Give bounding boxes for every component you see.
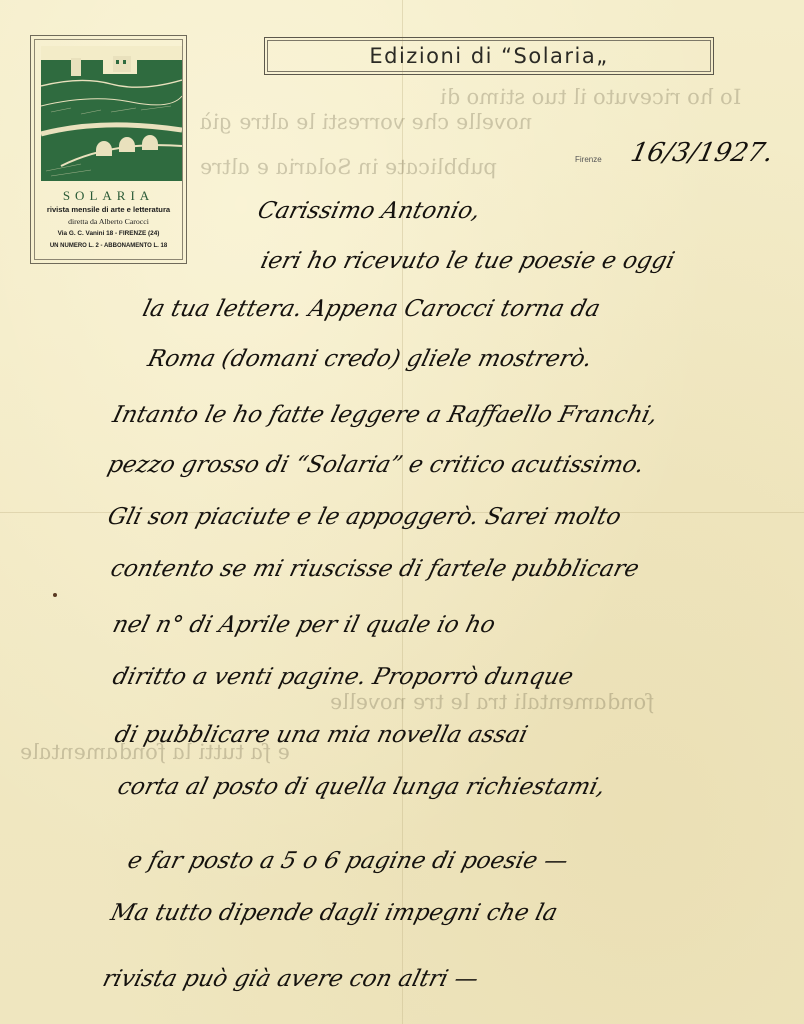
ink-spot [53, 593, 57, 597]
magazine-subtitle: rivista mensile di arte e letteratura [35, 205, 182, 214]
letter-line: Ma tutto dipende dagli impegni che la [108, 900, 560, 926]
letter-line: pezzo grosso di “Solaria” e critico acut… [105, 452, 647, 478]
letter-line: Roma (domani credo) gliele mostrerò. [145, 346, 595, 372]
letter-line: la tua lettera. Appena Carocci torna da [140, 296, 603, 322]
letter-line: ieri ho ricevuto le tue poesie e oggi [258, 248, 677, 274]
letter-line: di pubblicare una mia novella assai [112, 722, 530, 748]
letter-line: corta al posto di quella lunga richiesta… [115, 774, 608, 800]
letterhead-card: SOLARIA rivista mensile di arte e letter… [30, 35, 187, 264]
letter-line: contento se mi riuscisse di fartele pubb… [108, 556, 642, 582]
letter-line: rivista può già avere con altri — [100, 966, 481, 992]
letter-line: diritto a venti pagine. Proporrò dunque [110, 664, 576, 690]
dateline-place: Firenze [575, 155, 602, 164]
magazine-address: Via G. C. Vanini 18 - FIRENZE (24) [35, 230, 182, 237]
magazine-title: SOLARIA [35, 188, 182, 204]
bleed-through-line: pubblicate in Solaria e altre [197, 155, 500, 179]
bleed-through-line: Io ho ricevuto il tuo stimo di [437, 85, 743, 109]
hilltown-bridge-icon [41, 46, 182, 181]
bleed-through-line: novelle che vorresti le altre già [197, 110, 534, 134]
letter-line: nel n° di Aprile per il quale io ho [110, 612, 498, 638]
letter-line: Gli son piaciute e le appoggerò. Sarei m… [105, 504, 624, 530]
publisher-header-box: Edizioni di “Solaria„ [264, 37, 714, 75]
magazine-prices: UN NUMERO L. 2 - ABBONAMENTO L. 18 [35, 243, 182, 249]
letter-line: Intanto le ho fatte leggere a Raffaello … [110, 402, 660, 428]
publisher-name: Edizioni di “Solaria„ [267, 40, 711, 72]
dateline-date: 16/3/1927. [628, 138, 776, 168]
woodcut-illustration [41, 46, 182, 181]
magazine-editor: diretta da Alberto Carocci [35, 217, 182, 226]
salutation: Carissimo Antonio, [255, 198, 483, 224]
bleed-through-line: fondamentali tra le tre novelle [327, 690, 656, 714]
letter-line: e far posto a 5 o 6 pagine di poesie — [125, 848, 571, 874]
